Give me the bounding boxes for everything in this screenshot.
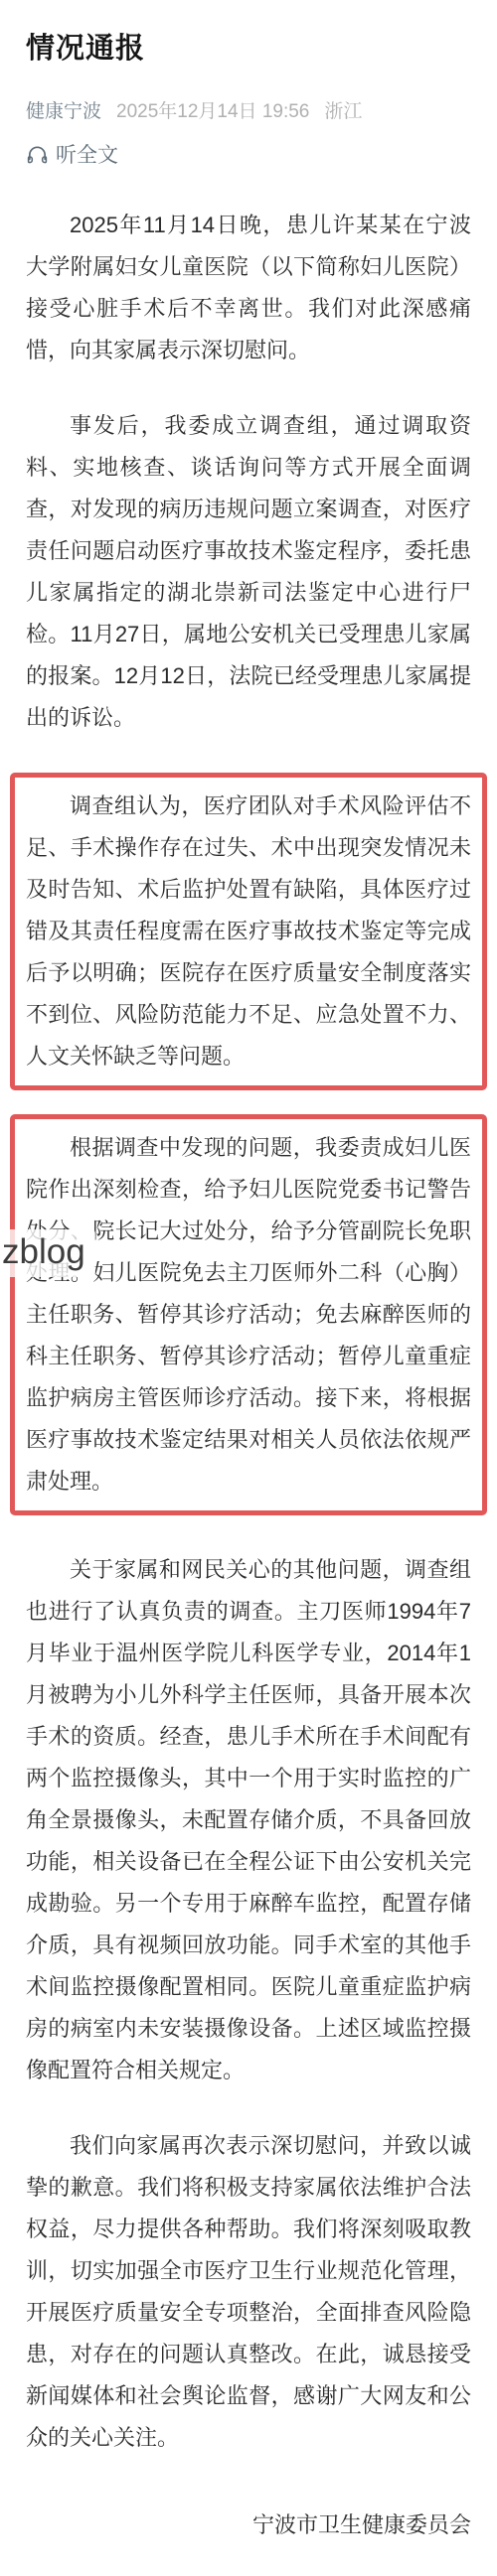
- paragraph-findings: 调查组认为，医疗团队对手术风险评估不足、手术操作存在过失、术中出现突发情况未及时…: [26, 786, 471, 1077]
- publish-location: 浙江: [324, 96, 362, 123]
- page-title: 情况通报: [26, 26, 471, 67]
- paragraph-penalties: 根据调查中发现的问题，我委责成妇儿医院作出深刻检查，给予妇儿医院党委书记警告处分…: [26, 1127, 471, 1503]
- article-body: 2025年11月14日晚，患儿许某某在宁波大学附属妇女儿童医院（以下简称妇儿医院…: [26, 205, 471, 2546]
- signature: 宁波市卫生健康委员会: [26, 2504, 471, 2546]
- paragraph-apology: 我们向家属再次表示深切慰问，并致以诚挚的歉意。我们将积极支持家属依法维护合法权益…: [26, 2125, 471, 2459]
- paragraph-other-concerns: 关于家属和网民关心的其他问题，调查组也进行了认真负责的调查。主刀医师1994年7…: [26, 1549, 471, 2091]
- listen-label: 听全文: [56, 139, 118, 169]
- paragraph-incident: 2025年11月14日晚，患儿许某某在宁波大学附属妇女儿童医院（以下简称妇儿医院…: [26, 205, 471, 371]
- listen-full-text-button[interactable]: 听全文: [26, 139, 118, 169]
- highlight-box-findings: 调查组认为，医疗团队对手术风险评估不足、手术操作存在过失、术中出现突发情况未及时…: [10, 773, 487, 1090]
- publish-date: 2025年12月14日 19:56: [116, 96, 309, 123]
- article-page: 情况通报 健康宁波 2025年12月14日 19:56 浙江 听全文 2025年…: [0, 0, 497, 2576]
- watermark: zblog: [0, 1229, 95, 1277]
- byline: 健康宁波 2025年12月14日 19:56 浙江: [26, 96, 471, 123]
- headphone-icon: [26, 143, 49, 166]
- highlight-box-penalties: 根据调查中发现的问题，我委责成妇儿医院作出深刻检查，给予妇儿医院党委书记警告处分…: [10, 1114, 487, 1515]
- paragraph-investigation: 事发后，我委成立调查组，通过调取资料、实地核查、谈话询问等方式开展全面调查，对发…: [26, 405, 471, 739]
- account-name-link[interactable]: 健康宁波: [26, 96, 101, 123]
